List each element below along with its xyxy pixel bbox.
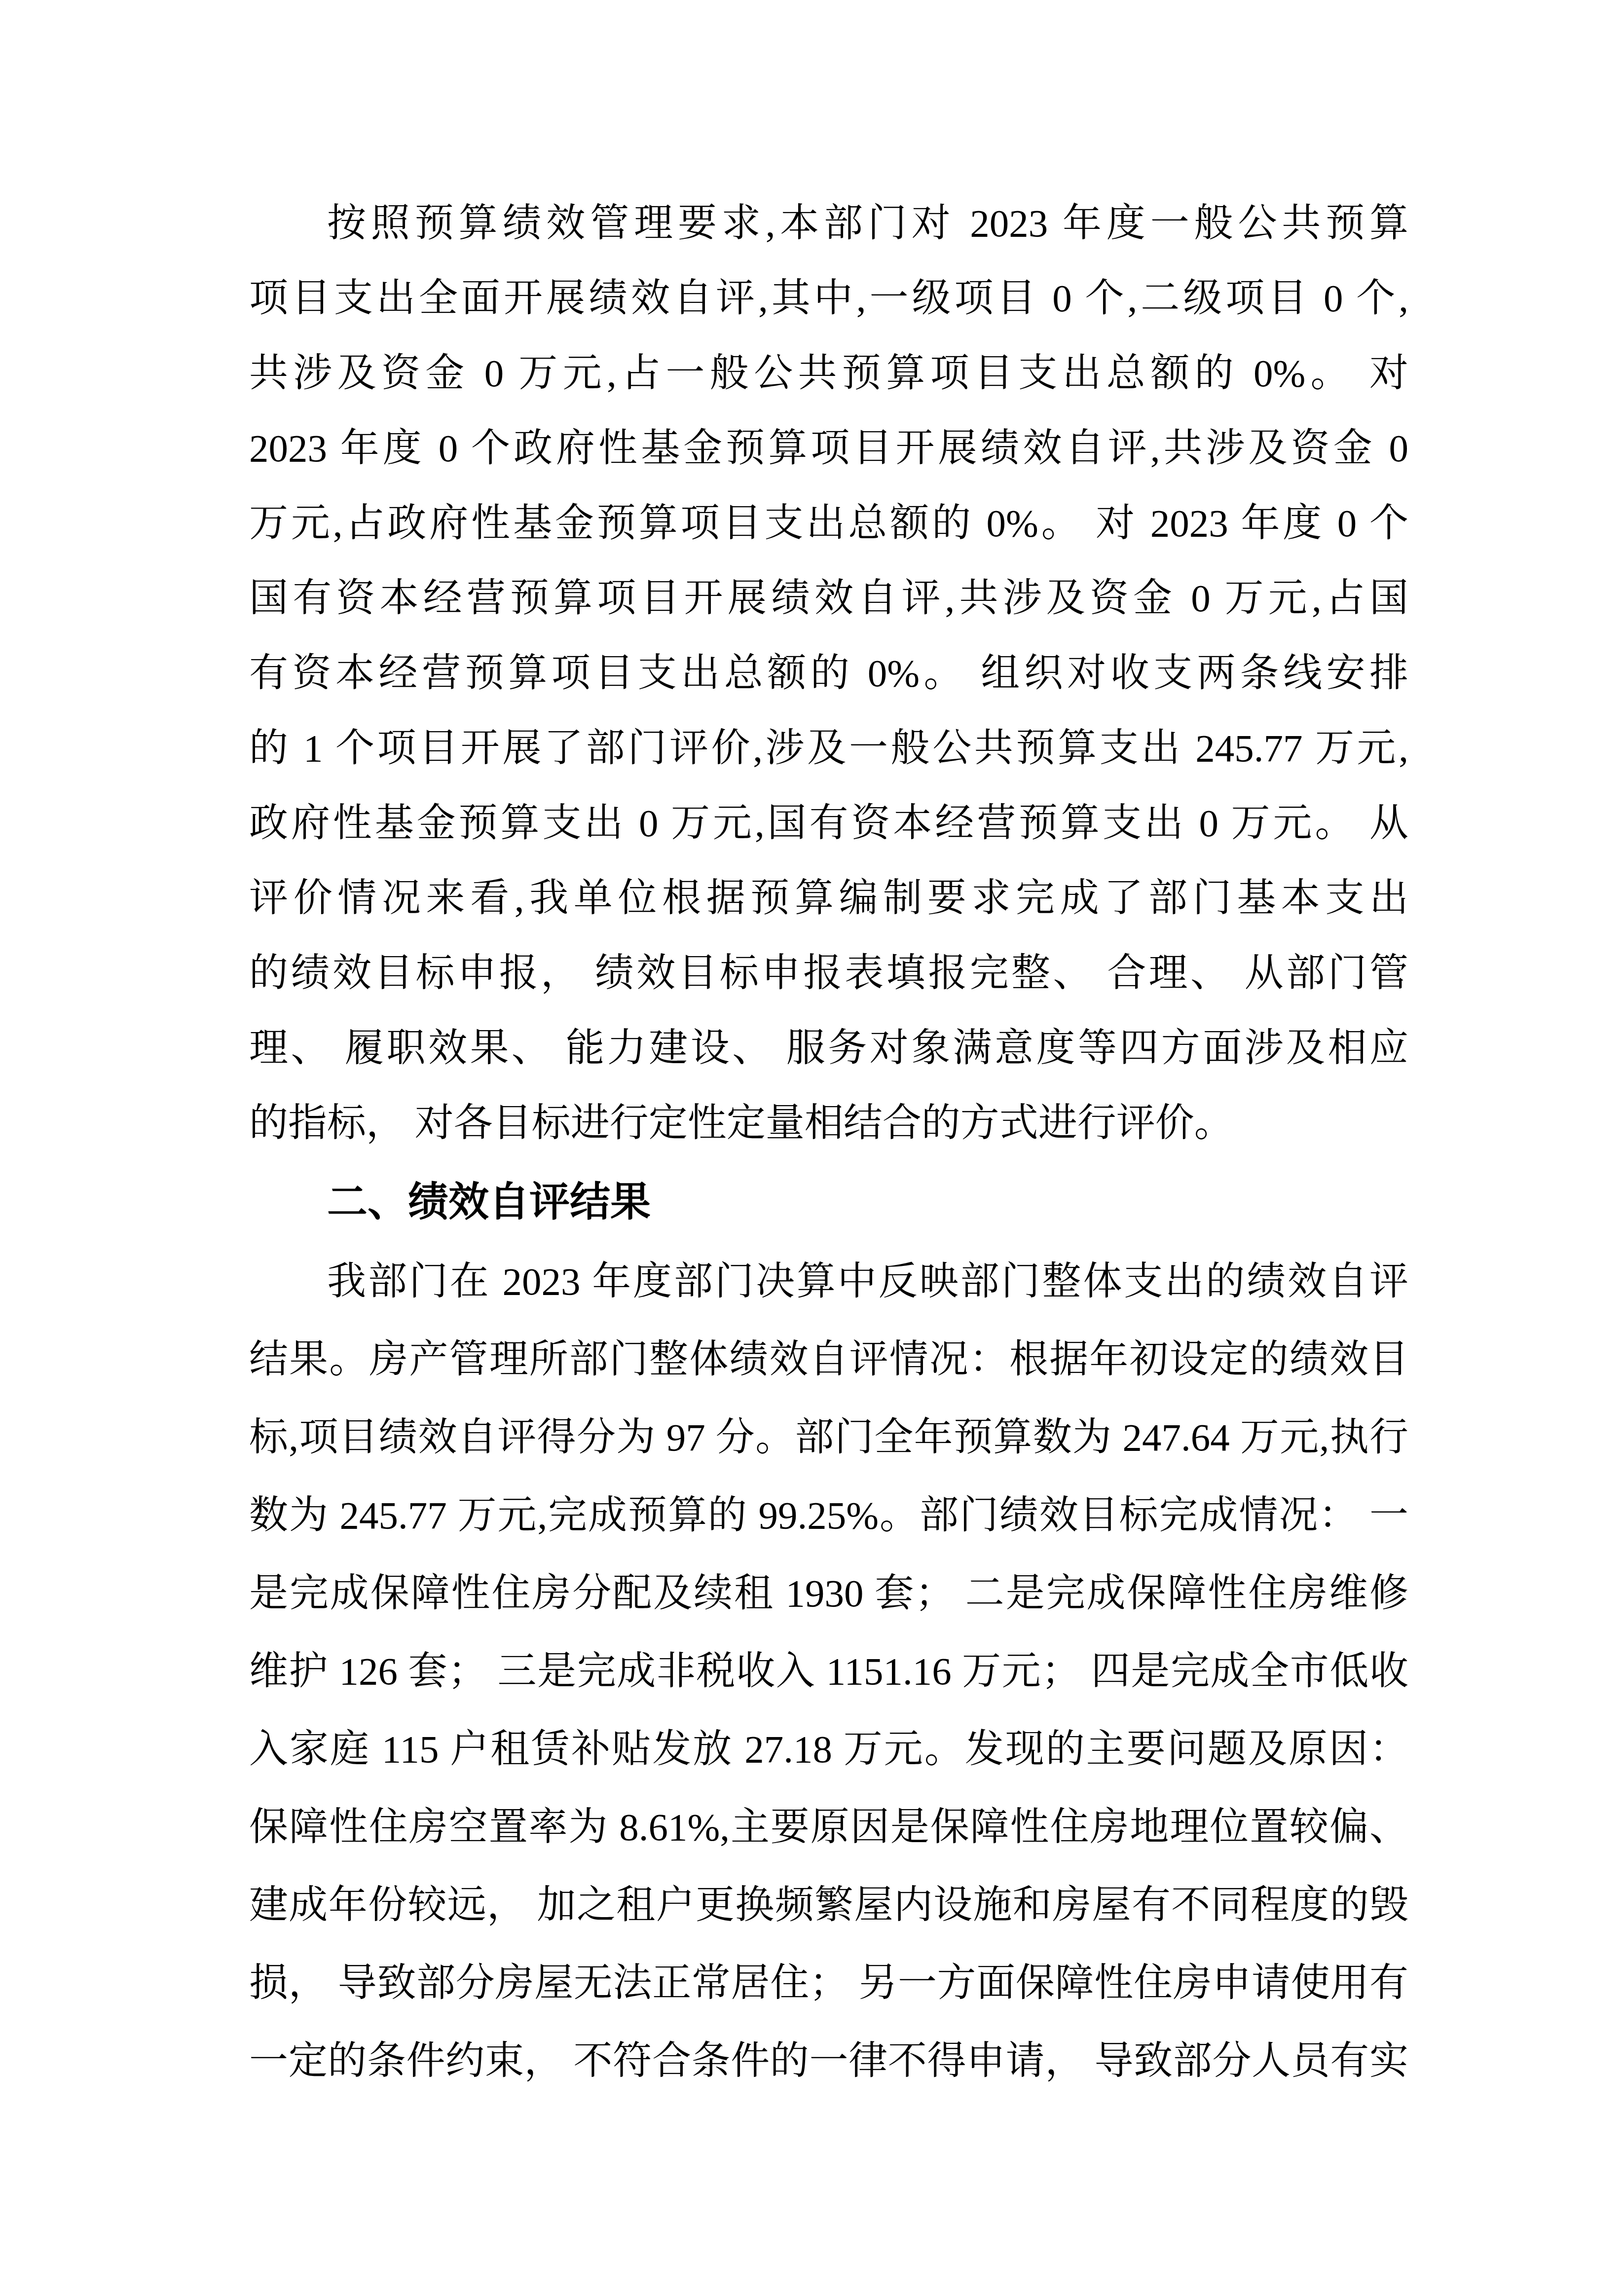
text-line: 结果。房产管理所部门整体绩效自评情况：根据年初设定的绩效目 — [249, 1321, 1408, 1399]
document-body: 按照预算绩效管理要求,本部门对 2023 年度一般公共预算 项目支出全面开展绩效… — [249, 186, 1408, 2101]
text-line: 是完成保障性住房分配及续租 1930 套； 二是完成保障性住房维修 — [249, 1555, 1408, 1633]
text-line: 共涉及资金 0 万元,占一般公共预算项目支出总额的 0%。 对 — [249, 336, 1408, 411]
text-line: 项目支出全面开展绩效自评,其中,一级项目 0 个,二级项目 0 个, — [249, 261, 1408, 336]
text-line: 一定的条件约束， 不符合条件的一律不得申请， 导致部分人员有实 — [249, 2023, 1408, 2101]
text-line: 入家庭 115 户租赁补贴发放 27.18 万元。发现的主要问题及原因： — [249, 1711, 1408, 1789]
text-line: 政府性基金预算支出 0 万元,国有资本经营预算支出 0 万元。 从 — [249, 786, 1408, 861]
text-line: 保障性住房空置率为 8.61%,主要原因是保障性住房地理位置较偏、 — [249, 1789, 1408, 1867]
text-line: 标,项目绩效自评得分为 97 分。部门全年预算数为 247.64 万元,执行 — [249, 1399, 1408, 1477]
text-line: 维护 126 套； 三是完成非税收入 1151.16 万元； 四是完成全市低收 — [249, 1633, 1408, 1711]
text-line: 的 1 个项目开展了部门评价,涉及一般公共预算支出 245.77 万元, — [249, 711, 1408, 786]
document-page: 按照预算绩效管理要求,本部门对 2023 年度一般公共预算 项目支出全面开展绩效… — [0, 0, 1623, 2296]
paragraph-budget-self-evaluation: 按照预算绩效管理要求,本部门对 2023 年度一般公共预算 项目支出全面开展绩效… — [249, 186, 1408, 1161]
text-line: 评价情况来看,我单位根据预算编制要求完成了部门基本支出 — [249, 861, 1408, 936]
paragraph-self-evaluation-results: 我部门在 2023 年度部门决算中反映部门整体支出的绩效自评 结果。房产管理所部… — [249, 1243, 1408, 2101]
section-heading: 二、绩效自评结果 — [249, 1161, 1408, 1243]
text-line: 建成年份较远， 加之租户更换频繁屋内设施和房屋有不同程度的毁 — [249, 1867, 1408, 1945]
text-line: 我部门在 2023 年度部门决算中反映部门整体支出的绩效自评 — [249, 1243, 1408, 1321]
text-line: 理、 履职效果、 能力建设、 服务对象满意度等四方面涉及相应 — [249, 1011, 1408, 1086]
text-line: 有资本经营预算项目支出总额的 0%。 组织对收支两条线安排 — [249, 636, 1408, 711]
text-line: 国有资本经营预算项目开展绩效自评,共涉及资金 0 万元,占国 — [249, 561, 1408, 636]
text-line: 按照预算绩效管理要求,本部门对 2023 年度一般公共预算 — [249, 186, 1408, 261]
text-line: 的指标， 对各目标进行定性定量相结合的方式进行评价。 — [249, 1086, 1408, 1161]
text-line: 万元,占政府性基金预算项目支出总额的 0%。 对 2023 年度 0 个 — [249, 486, 1408, 561]
text-line: 2023 年度 0 个政府性基金预算项目开展绩效自评,共涉及资金 0 — [249, 411, 1408, 486]
text-line: 损， 导致部分房屋无法正常居住； 另一方面保障性住房申请使用有 — [249, 1945, 1408, 2023]
text-line: 的绩效目标申报， 绩效目标申报表填报完整、 合理、 从部门管 — [249, 936, 1408, 1011]
text-line: 数为 245.77 万元,完成预算的 99.25%。部门绩效目标完成情况： 一 — [249, 1477, 1408, 1555]
